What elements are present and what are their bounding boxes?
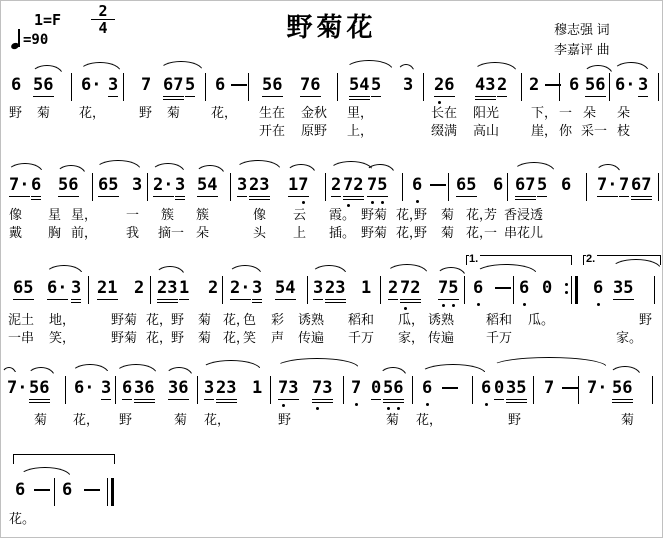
note-digit: ·: [19, 175, 29, 195]
note-digit: 6: [456, 175, 466, 195]
note-token: 6: [412, 175, 422, 196]
note-digit: 6: [569, 75, 579, 95]
lyric-segment: 像: [253, 208, 266, 224]
note-digit: 1: [288, 175, 298, 195]
lyric-segment: 野菊: [111, 331, 137, 347]
note-digit-low-octave: 7: [278, 378, 288, 398]
barline: [307, 276, 308, 304]
barline: [521, 73, 522, 101]
note-token: 7·: [597, 175, 618, 197]
note-digit: 1: [252, 378, 262, 398]
note-digit: 3: [237, 175, 247, 195]
note-token: 7·: [9, 175, 30, 197]
note-digit-low-octave: 5: [377, 175, 387, 195]
note-digit-low-octave: 5: [383, 378, 393, 398]
barline: [448, 173, 449, 201]
note-digit: 5: [29, 378, 39, 398]
note-digit: 0: [542, 278, 552, 298]
note-token: 36: [134, 378, 155, 400]
note-token: 65: [456, 175, 477, 197]
lyric-segment: 野: [508, 413, 521, 429]
note-token: 3: [313, 278, 323, 300]
slur-arc: [71, 364, 109, 374]
note-digit-low-octave: 5: [448, 278, 458, 298]
note-digit: 2: [497, 75, 507, 95]
note-token: 6: [31, 175, 41, 197]
note-token: 7: [619, 175, 629, 197]
note-digit-low-octave: 7: [351, 378, 361, 398]
note-token: 1: [179, 278, 189, 300]
note-token: 56: [33, 75, 54, 97]
note-digit: 3: [506, 378, 516, 398]
lyric-segment: 花，: [73, 413, 99, 429]
lyric-segment: 花，: [79, 106, 105, 122]
note-digit: 2: [230, 278, 240, 298]
barline: [654, 276, 655, 304]
note-token: 56: [29, 378, 50, 400]
note-digit: 4: [475, 75, 485, 95]
note-digit: 6: [444, 75, 454, 95]
note-token: 6·: [615, 75, 636, 96]
note-digit: 2: [153, 175, 163, 195]
slur-arc: [56, 165, 86, 175]
barline: [402, 173, 403, 201]
barline: [222, 276, 223, 304]
slur-arc: [159, 61, 203, 71]
lyric-segment: 生在: [259, 106, 285, 122]
note-digit: 3: [613, 278, 623, 298]
slur-arc: [155, 266, 185, 276]
slur-arc: [436, 267, 466, 277]
note-token: 3: [237, 175, 247, 197]
note-digit: 2: [249, 175, 259, 195]
note-digit: 7: [597, 175, 607, 195]
lyric-segment: 野: [119, 413, 132, 429]
lyric-segment: 稻和: [348, 313, 374, 329]
note-token: 6: [11, 75, 21, 96]
note-digit: 3: [226, 378, 236, 398]
note-digit: 6: [98, 175, 108, 195]
note-token: 6: [473, 278, 483, 299]
lyric-segment: 瓜。: [528, 313, 554, 329]
lyric-segment: 野: [171, 331, 184, 347]
barline: [54, 478, 55, 506]
note-token: 2·: [230, 278, 251, 300]
barline: [147, 173, 148, 201]
note-digit: 7: [619, 175, 629, 195]
lyric-segment: 香浸透: [504, 208, 543, 224]
slur-arc: [19, 467, 71, 477]
lyricist-credit: 穆志强 词: [554, 19, 610, 38]
slur-arc: [613, 62, 649, 72]
note-token: 7: [351, 378, 361, 399]
note-digit: 5: [585, 75, 595, 95]
note-digit: 6: [595, 75, 605, 95]
note-digit: 3: [322, 378, 332, 398]
slur-arc: [228, 265, 262, 275]
note-token: 2: [497, 75, 507, 97]
barline: [658, 73, 659, 101]
note-digit-low-octave: 6: [481, 378, 491, 398]
note-digit-low-octave: 7: [400, 278, 410, 298]
barline: [472, 376, 473, 404]
note-digit-low-octave: 7: [367, 175, 377, 195]
lyric-segment: 稻和: [486, 313, 512, 329]
note-digit: 3: [168, 378, 178, 398]
barline: [65, 376, 66, 404]
lyric-segment: 野: [278, 413, 291, 429]
lyric-segment: 簇: [161, 208, 174, 224]
note-digit: ·: [84, 378, 94, 398]
lyric-segment: 野: [139, 106, 152, 122]
lyric-segment: 地，: [49, 313, 75, 329]
note-token: 67: [515, 175, 536, 197]
note-digit: 2: [353, 175, 363, 195]
note-digit: 6: [178, 378, 188, 398]
lyric-segment: 上，: [347, 124, 373, 140]
note-digit: 6: [631, 175, 641, 195]
note-digit-low-octave: 7: [298, 175, 308, 195]
lyric-segment: 彩: [271, 313, 284, 329]
note-digit: 5: [466, 175, 476, 195]
note-digit: ·: [57, 278, 67, 298]
lyric-segment: 野菊: [111, 313, 137, 329]
lyric-segment: 花，: [146, 331, 172, 347]
note-digit: 3: [167, 278, 177, 298]
note-token: 2: [529, 75, 539, 96]
lyric-segment: 声: [271, 331, 284, 347]
note-digit: 0: [494, 378, 504, 398]
note-digit: 5: [516, 378, 526, 398]
lyric-segment: 野: [9, 106, 22, 122]
lyric-segment: 花，: [211, 106, 237, 122]
note-token: 6: [569, 75, 579, 96]
phrase-bracket: [13, 454, 115, 464]
note-digit: 4: [359, 75, 369, 95]
note-token: 73: [278, 378, 299, 400]
lyric-segment: 芳: [484, 208, 497, 224]
note-digit-low-octave: 7: [438, 278, 448, 298]
lyric-segment: 长在: [431, 106, 457, 122]
note-digit: 3: [313, 278, 323, 298]
note-token: 2: [208, 278, 218, 299]
note-digit: 6: [43, 75, 53, 95]
note-token: 56: [585, 75, 606, 97]
note-digit: 3: [638, 75, 648, 95]
note-digit: 5: [623, 278, 633, 298]
slur-arc: [379, 367, 407, 377]
note-token: 23: [157, 278, 178, 300]
barline: [652, 376, 653, 404]
note-token: 3: [252, 278, 262, 300]
note-token: 0: [371, 378, 381, 400]
lyric-segment: 缀满: [431, 124, 457, 140]
note-token: 6: [593, 278, 603, 299]
lyric-segment: 星，: [71, 208, 97, 224]
note-digit: 2: [134, 278, 144, 298]
lyric-segment: 菊: [441, 208, 454, 224]
note-digit: 3: [485, 75, 495, 95]
slur-arc: [165, 367, 193, 377]
note-token: 17: [288, 175, 309, 197]
note-digit: 2: [410, 278, 420, 298]
volta-label: 1.: [469, 253, 480, 265]
note-token: 21: [97, 278, 118, 300]
note-digit: 5: [275, 278, 285, 298]
lyric-segment: 千万: [348, 331, 374, 347]
note-digit: 6: [31, 175, 41, 195]
note-token: 6: [493, 175, 503, 196]
lyric-segment: 簇: [196, 208, 209, 224]
barline: [230, 173, 231, 201]
note-digit-low-octave: 6: [473, 278, 483, 298]
slur-arc: [1, 367, 17, 377]
lyric-segment: 一: [126, 208, 139, 224]
lyric-segment: 星: [48, 208, 61, 224]
note-digit: 1: [179, 278, 189, 298]
note-digit: 6: [622, 378, 632, 398]
lyric-segment: 朵: [617, 106, 630, 122]
note-digit: 7: [300, 75, 310, 95]
note-token: 6: [215, 75, 225, 96]
note-token: 6: [422, 378, 432, 399]
note-digit: 6: [62, 480, 72, 500]
barline: [380, 276, 381, 304]
note-digit: 3: [175, 175, 185, 195]
note-token: 6: [519, 278, 529, 299]
note-digit: 6: [81, 75, 91, 95]
lyric-segment: 花，: [204, 413, 230, 429]
note-token: 23: [325, 278, 346, 300]
lyric-segment: 上: [293, 226, 306, 242]
note-token: 2: [331, 175, 341, 197]
note-token: 35: [613, 278, 634, 300]
note-digit: 2: [325, 278, 335, 298]
note-digit: 2: [331, 175, 341, 195]
barline: [507, 173, 508, 201]
lyric-segment: 一串: [8, 331, 34, 347]
note-digit: 1: [361, 278, 371, 298]
barline: [464, 276, 465, 304]
note-digit: 2: [97, 278, 107, 298]
duration-dash: [430, 184, 446, 186]
note-digit: 5: [349, 75, 359, 95]
duration-dash: [231, 84, 247, 86]
lyric-segment: 菊: [621, 413, 634, 429]
lyric-segment: 传遍: [298, 331, 324, 347]
lyric-segment: 野: [414, 226, 427, 242]
note-digit-low-octave: 6: [412, 175, 422, 195]
note-digit: ·: [17, 378, 27, 398]
duration-dash: [562, 387, 578, 389]
slur-arc: [45, 265, 83, 275]
note-token: 43: [475, 75, 496, 97]
lyric-segment: 采一: [581, 124, 607, 140]
note-token: 75: [367, 175, 388, 197]
note-digit: 6: [163, 75, 173, 95]
lyric-segment: 戴: [9, 226, 22, 242]
slur-arc: [27, 367, 55, 377]
sheet-music-page: 1=F 2 4 =90 野菊花 穆志强 词 李嘉评 曲 6566·3767565…: [0, 0, 663, 538]
note-digit: 6: [122, 378, 132, 398]
lyric-segment: 野: [639, 313, 652, 329]
lyric-segment: 你: [559, 124, 572, 140]
note-token: 56: [383, 378, 404, 400]
note-digit: 7: [173, 75, 183, 95]
note-token: 54: [197, 175, 218, 197]
note-token: 56: [262, 75, 283, 97]
slur-arc: [491, 357, 607, 367]
barline: [658, 173, 659, 201]
barline: [197, 376, 198, 404]
lyric-segment: 崖，: [531, 124, 557, 140]
note-token: 26: [434, 75, 455, 97]
note-token: 2·: [153, 175, 174, 197]
lyric-segment: 野菊: [361, 226, 387, 242]
barline: [325, 173, 326, 201]
lyric-segment: 野: [414, 208, 427, 224]
slur-arc: [365, 164, 395, 174]
barline: [423, 73, 424, 101]
final-barline-thin: [107, 478, 108, 506]
note-token: 65: [13, 278, 34, 300]
slur-arc: [513, 162, 555, 172]
note-token: 35: [506, 378, 527, 400]
note-token: 56: [612, 378, 633, 400]
lyric-segment: 野菊: [361, 208, 387, 224]
lyric-segment: 菊: [441, 226, 454, 242]
note-digit-low-octave: 6: [593, 278, 603, 298]
note-token: 5: [537, 175, 547, 197]
slur-arc: [286, 164, 316, 174]
lyric-segment: 头: [253, 226, 266, 242]
note-digit: 5: [262, 75, 272, 95]
note-token: 23: [216, 378, 237, 400]
note-token: 54: [275, 278, 296, 300]
note-digit: ·: [597, 378, 607, 398]
note-digit: ·: [91, 75, 101, 95]
note-token: 0: [542, 278, 552, 299]
lyric-segment: 前，: [71, 226, 97, 242]
note-token: 72: [343, 175, 364, 197]
volta-bracket: 1.: [466, 255, 572, 265]
slur-arc: [79, 62, 121, 72]
note-digit-low-octave: 2: [434, 75, 444, 95]
note-token: 6: [122, 378, 132, 400]
lyric-segment: 千万: [486, 331, 512, 347]
note-token: 3: [403, 75, 413, 96]
note-token: 72: [400, 278, 421, 300]
note-digit: 7: [7, 378, 17, 398]
note-digit: 6: [272, 75, 282, 95]
note-digit-low-octave: 7: [312, 378, 322, 398]
lyric-segment: 开在: [259, 124, 285, 140]
slur-arc: [595, 164, 621, 174]
barline: [270, 376, 271, 404]
barline: [586, 173, 587, 201]
note-digit: 3: [101, 378, 111, 398]
slur-arc: [115, 364, 157, 374]
note-digit: 1: [107, 278, 117, 298]
slur-arc: [95, 160, 141, 170]
note-token: 75: [438, 278, 459, 300]
note-digit: 4: [207, 175, 217, 195]
slur-arc: [397, 64, 415, 74]
note-digit: 5: [197, 175, 207, 195]
lyric-segment: 传遍: [428, 331, 454, 347]
note-digit: 5: [58, 175, 68, 195]
volta-label: 2.: [586, 253, 597, 265]
lyric-segment: 我: [126, 226, 139, 242]
barline: [123, 73, 124, 101]
note-token: 6·: [74, 378, 95, 399]
note-digit: 2: [208, 278, 218, 298]
lyric-segment: 瓜，: [398, 313, 424, 329]
note-token: 5: [371, 75, 381, 97]
lyric-segment: 菊: [386, 413, 399, 429]
note-digit: ·: [607, 175, 617, 195]
note-digit: 6: [615, 75, 625, 95]
note-digit: ·: [240, 278, 250, 298]
note-digit: 0: [371, 378, 381, 398]
note-digit: 3: [134, 378, 144, 398]
note-digit-low-octave: 6: [422, 378, 432, 398]
note-token: 6: [62, 480, 72, 501]
barline: [343, 376, 344, 404]
note-digit: 3: [403, 75, 413, 95]
note-token: 6·: [47, 278, 68, 300]
barline: [150, 276, 151, 304]
note-digit: 4: [285, 278, 295, 298]
note-token: 3: [132, 175, 142, 196]
note-token: 54: [349, 75, 370, 97]
note-digit: 5: [23, 278, 33, 298]
slur-arc: [609, 366, 641, 376]
note-digit: 3: [71, 278, 81, 298]
slur-arc: [473, 62, 517, 72]
slur-arc: [311, 265, 347, 275]
lyric-segment: 泥土: [8, 313, 34, 329]
note-digit: ·: [163, 175, 173, 195]
barline: [412, 376, 413, 404]
note-digit: 3: [108, 75, 118, 95]
lyric-segment: 色: [243, 313, 256, 329]
lyric-segment: 金秋: [301, 106, 327, 122]
lyric-segment: 诱熟: [428, 313, 454, 329]
lyric-segment: 朵: [196, 226, 209, 242]
note-digit: 6: [47, 278, 57, 298]
note-digit: 5: [371, 75, 381, 95]
note-token: 6·: [81, 75, 102, 96]
note-digit: 6: [68, 175, 78, 195]
barline: [578, 376, 579, 404]
composer-credit: 李嘉评 曲: [554, 39, 610, 58]
note-token: 7: [544, 378, 554, 399]
lyric-segment: 高山: [473, 124, 499, 140]
duration-dash: [495, 287, 511, 289]
note-digit: 5: [537, 175, 547, 195]
lyric-segment: 笑，: [49, 331, 75, 347]
note-digit-low-octave: 7: [343, 175, 353, 195]
lyric-segment: 野: [171, 313, 184, 329]
note-token: 3: [204, 378, 214, 400]
note-digit: 5: [185, 75, 195, 95]
note-token: 3: [71, 278, 81, 300]
barline: [609, 73, 610, 101]
note-digit: 3: [204, 378, 214, 398]
note-digit: 3: [288, 378, 298, 398]
note-token: 67: [163, 75, 184, 97]
